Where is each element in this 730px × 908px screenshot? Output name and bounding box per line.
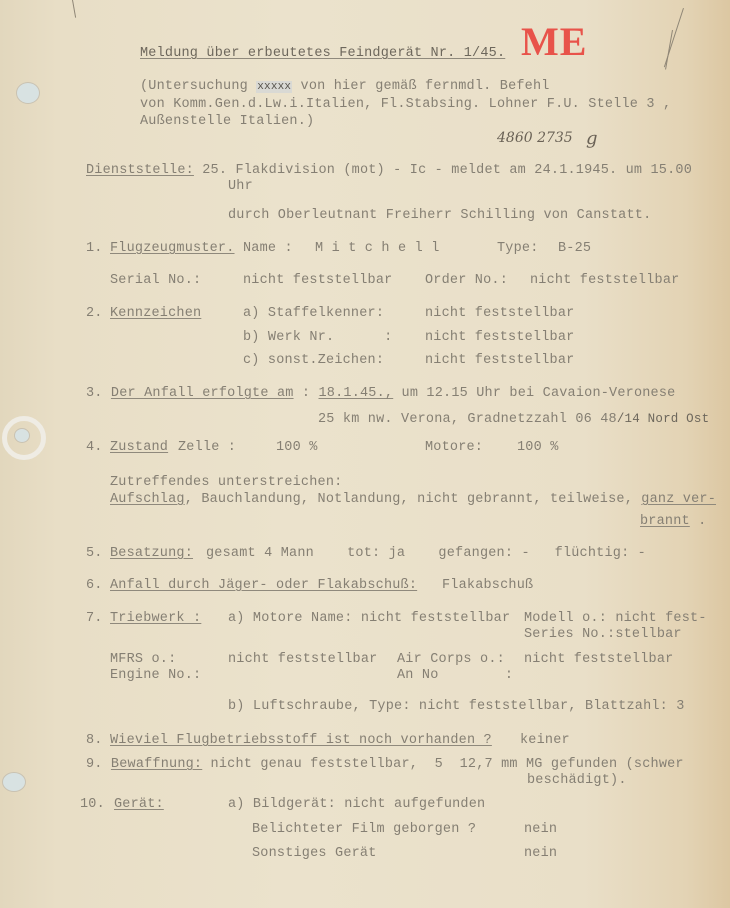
item-1-serial-label: Serial No.: (110, 273, 201, 289)
item-9-line-1: 9. Bewaffnung: nicht genau feststellbar,… (86, 757, 684, 773)
item-10-film-label: Belichteter Film geborgen ? (252, 822, 476, 838)
item-3-colon: : (302, 386, 310, 401)
subtitle-line-3: Außenstelle Italien.) (140, 114, 314, 130)
item-4-option-aufschlag: Aufschlag (110, 492, 185, 507)
struck-out-text: xxxxx (256, 81, 292, 93)
punch-hole-top (16, 82, 40, 104)
dienststelle-by: durch Oberleutnant Freiherr Schilling vo… (228, 208, 651, 224)
item-10-sonstiges-value: nein (524, 846, 557, 862)
item-3-line-2: 25 km nw. Verona, Gradnetzzahl 06 48/14 … (318, 411, 709, 428)
item-7b-text: b) Luftschraube, Type: nicht feststellba… (228, 699, 685, 715)
item-2a-value: nicht feststellbar (425, 306, 574, 322)
item-8-label: Wieviel Flugbetriebsstoff ist noch vorha… (110, 733, 492, 749)
item-6-label: Anfall durch Jäger- oder Flakabschuß: (110, 578, 417, 594)
pencil-checkmark (665, 30, 673, 70)
item-9-line-2: beschädigt). (527, 773, 627, 789)
item-1-name-value: M i t c h e l l (315, 241, 440, 257)
item-7-label: Triebwerk : (110, 611, 201, 627)
subtitle-text: von hier gemäß fernmdl. Befehl (292, 79, 549, 94)
item-10-label: Gerät: (114, 797, 164, 813)
item-9-text: nicht genau feststellbar, 5 12,7 mm MG g… (202, 757, 683, 772)
item-4-zelle-value: 100 % (276, 440, 318, 456)
item-4-instruction: Zutreffendes unterstreichen: (110, 475, 342, 491)
item-2-number: 2. (86, 306, 103, 322)
item-1-type-label: Type: (497, 241, 539, 257)
item-1-label: Flugzeugmuster. (110, 241, 235, 257)
item-9-number: 9. (86, 757, 103, 772)
item-7-aircorps-label: Air Corps o.: (397, 652, 505, 668)
item-2a-label: a) Staffelkenner: (243, 306, 384, 322)
item-7a-text: a) Motore Name: nicht feststellbar (228, 611, 510, 627)
item-7-mfrs-label: MFRS o.: (110, 652, 176, 668)
subtitle-line-2: von Komm.Gen.d.Lw.i.Italien, Fl.Stabsing… (140, 97, 671, 113)
item-9-label: Bewaffnung: (111, 757, 202, 772)
item-5-label: Besatzung: (110, 546, 193, 562)
item-7-modell: Modell o.: nicht fest- (524, 611, 707, 627)
item-4-option-ganz-verbrannt: ganz ver- (641, 492, 716, 507)
document-page: ME Meldung über erbeutetes Feindgerät Nr… (0, 0, 730, 908)
item-4-label: Zustand (110, 440, 168, 456)
punch-hole-middle (14, 428, 30, 443)
item-6-number: 6. (86, 578, 103, 594)
item-7-anno-label: An No : (397, 668, 513, 684)
item-7-aircorps-value: nicht feststellbar (524, 652, 673, 668)
item-1-type-value: B-25 (558, 241, 591, 257)
item-3-label: Der Anfall erfolgte am (111, 386, 294, 401)
item-10-sonstiges-label: Sonstiges Gerät (252, 846, 377, 862)
item-1-order-label: Order No.: (425, 273, 508, 289)
item-5-number: 5. (86, 546, 103, 562)
item-8-number: 8. (86, 733, 103, 749)
item-2c-value: nicht feststellbar (425, 353, 574, 369)
item-4-number: 4. (86, 440, 103, 456)
item-2c-label: c) sonst.Zeichen: (243, 353, 384, 369)
item-4-period: . (690, 514, 707, 529)
item-4-options-end: brannt . (640, 514, 706, 530)
dienststelle-uhr: Uhr (228, 179, 253, 195)
item-7-number: 7. (86, 611, 103, 627)
dienststelle-text: 25. Flakdivision (mot) - Ic - meldet am … (202, 163, 692, 178)
item-7-engine-label: Engine No.: (110, 668, 201, 684)
item-3-line-1: 3. Der Anfall erfolgte am : 18.1.45., um… (86, 386, 675, 402)
handwritten-reference: 4860 2735 (497, 130, 573, 146)
item-1-name-label: Name : (243, 241, 293, 257)
pencil-mark (72, 0, 76, 18)
handwritten-initial: g (586, 128, 598, 149)
item-3-grid-suffix: /14 Nord Ost (617, 412, 709, 426)
item-3-time-place: um 12.15 Uhr bei Cavaion-Veronese (393, 386, 675, 401)
item-4-options-mid: , Bauchlandung, Notlandung, nicht gebran… (185, 492, 642, 507)
subtitle-text: (Untersuchung (140, 79, 256, 94)
item-4-zelle-label: Zelle : (178, 440, 236, 456)
document-title: Meldung über erbeutetes Feindgerät Nr. 1… (140, 46, 505, 62)
subtitle-line-1: (Untersuchung xxxxx von hier gemäß fernm… (140, 79, 550, 95)
item-10a-text: a) Bildgerät: nicht aufgefunden (228, 797, 485, 813)
red-stamp: ME (521, 22, 587, 62)
item-10-number: 10. (80, 797, 105, 813)
item-3-location: 25 km nw. Verona, Gradnetzzahl 06 48 (318, 412, 617, 427)
punch-hole-bottom (2, 772, 26, 792)
item-7-series: Series No.:stellbar (524, 627, 682, 643)
item-2b-label: b) Werk Nr. : (243, 330, 392, 346)
item-5-text: gesamt 4 Mann tot: ja gefangen: - flücht… (206, 546, 646, 562)
item-10-film-value: nein (524, 822, 557, 838)
item-1-serial-value: nicht feststellbar (243, 273, 392, 289)
item-4-options: Aufschlag, Bauchlandung, Notlandung, nic… (110, 492, 716, 508)
item-3-date: 18.1.45., (319, 386, 394, 401)
item-3-number: 3. (86, 386, 103, 401)
item-1-number: 1. (86, 241, 103, 257)
item-8-value: keiner (520, 733, 570, 749)
item-7-mfrs-value: nicht feststellbar (228, 652, 377, 668)
dienststelle-label: Dienststelle: (86, 163, 194, 178)
item-2-label: Kennzeichen (110, 306, 201, 322)
item-4-motore-value: 100 % (517, 440, 559, 456)
item-4-motore-label: Motore: (425, 440, 483, 456)
item-4-option-brannt: brannt (640, 514, 690, 529)
item-6-value: Flakabschuß (442, 578, 533, 594)
item-1-order-value: nicht feststellbar (530, 273, 679, 289)
item-2b-value: nicht feststellbar (425, 330, 574, 346)
dienststelle-line: Dienststelle: 25. Flakdivision (mot) - I… (86, 163, 692, 179)
